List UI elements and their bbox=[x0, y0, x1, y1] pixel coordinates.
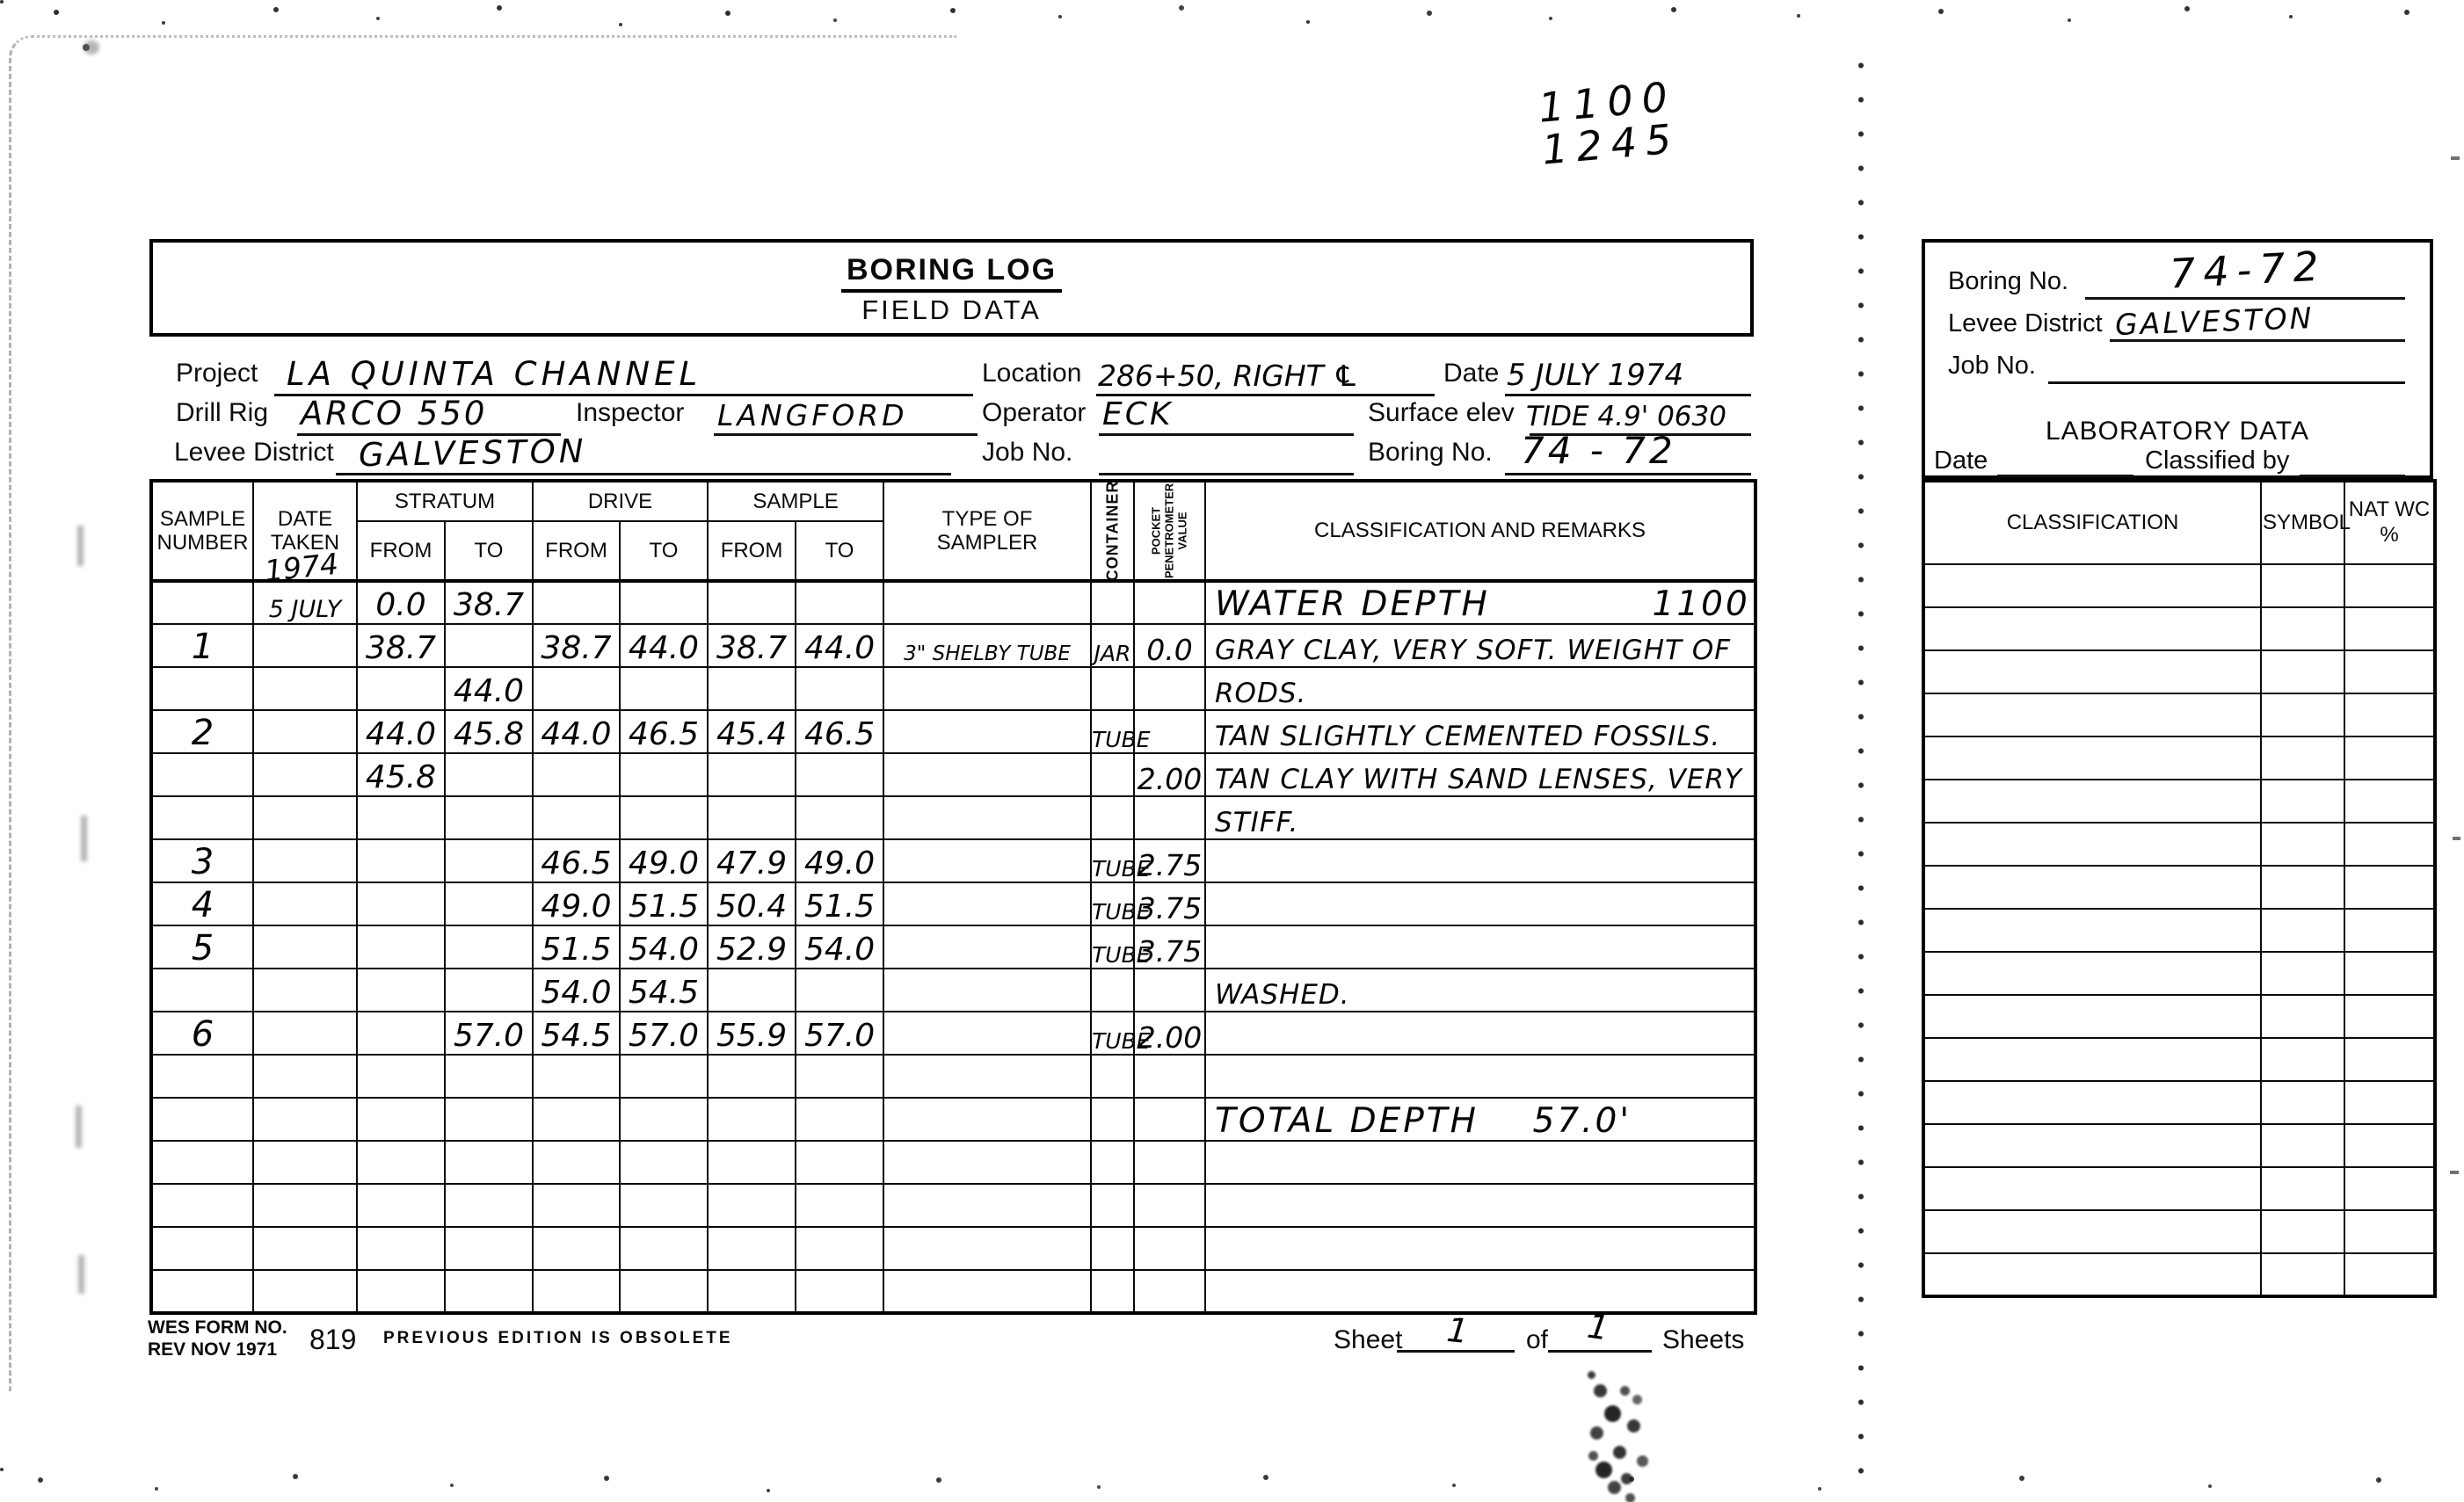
log-table-row bbox=[151, 1184, 1755, 1227]
log-cell-cls bbox=[1205, 1184, 1755, 1227]
handwritten-entry: 5 JULY bbox=[269, 598, 341, 623]
lab-header-symbol: SYMBOL bbox=[2261, 481, 2344, 564]
log-cell-sm-to bbox=[796, 1098, 883, 1141]
log-cell-pocket bbox=[1134, 1098, 1205, 1141]
log-cell-s-from bbox=[357, 1098, 445, 1141]
log-cell-cls bbox=[1205, 839, 1755, 882]
location-value: 286+50, RIGHT ℄ bbox=[1098, 359, 1359, 393]
project-field: LA QUINTA CHANNEL bbox=[274, 353, 973, 396]
log-cell-container bbox=[1091, 753, 1134, 796]
header-classification-remarks: CLASSIFICATION AND REMARKS bbox=[1205, 481, 1755, 581]
scan-noise-top bbox=[0, 0, 4, 4]
log-cell-container bbox=[1091, 581, 1134, 624]
log-cell-pocket: 2.00 bbox=[1134, 753, 1205, 796]
log-cell-sampler bbox=[883, 1055, 1091, 1098]
levee-district-field: GALVESTON bbox=[336, 432, 951, 475]
log-cell-sm-from: 52.9 bbox=[708, 925, 796, 969]
drill-rig-value: ARCO 550 bbox=[301, 395, 487, 432]
log-cell-s-from bbox=[357, 882, 445, 925]
lab-boring-no-label: Boring No. bbox=[1948, 267, 2068, 296]
lab-empty-cell bbox=[1923, 1167, 2261, 1210]
log-cell-cls: STIFF. bbox=[1205, 796, 1755, 839]
log-cell-sample bbox=[151, 1098, 253, 1141]
handwritten-entry: 0.0 bbox=[1146, 635, 1192, 666]
lab-empty-cell bbox=[2344, 1038, 2435, 1081]
log-cell-d-from bbox=[533, 796, 620, 839]
of-label: of bbox=[1526, 1325, 1548, 1355]
log-cell-s-to bbox=[445, 925, 533, 969]
lab-empty-cell bbox=[2261, 607, 2344, 650]
lab-empty-cell bbox=[2344, 952, 2435, 995]
log-cell-sm-from bbox=[708, 1270, 796, 1313]
drill-rig-field: ARCO 550 bbox=[297, 393, 561, 436]
log-cell-d-to bbox=[620, 1227, 708, 1270]
log-table-row: 551.554.052.954.0TUBE3.75 bbox=[151, 925, 1755, 969]
corner-number-2: 1245 bbox=[1540, 117, 1682, 171]
handwritten-entry: WATER DEPTH 1100 bbox=[1206, 587, 1750, 623]
handwritten-entry: TUBE bbox=[1092, 729, 1151, 752]
log-cell-sm-to bbox=[796, 1184, 883, 1227]
lab-empty-cell bbox=[2344, 607, 2435, 650]
log-cell-sm-from bbox=[708, 667, 796, 710]
log-cell-sm-to bbox=[796, 581, 883, 624]
log-cell-sm-to: 44.0 bbox=[796, 624, 883, 667]
handwritten-entry: 55.9 bbox=[716, 1020, 787, 1054]
header-sample-number: SAMPLE NUMBER bbox=[151, 481, 253, 581]
log-cell-pocket bbox=[1134, 1184, 1205, 1227]
log-cell-sm-to bbox=[796, 1270, 883, 1313]
handwritten-entry: 3 bbox=[192, 845, 214, 882]
project-label: Project bbox=[176, 359, 258, 388]
header-container: CONTAINER bbox=[1091, 481, 1134, 581]
lab-empty-cell bbox=[2261, 866, 2344, 909]
lab-empty-cell bbox=[1923, 736, 2261, 780]
log-cell-d-to bbox=[620, 753, 708, 796]
header-type-of-sampler: TYPE OF SAMPLER bbox=[883, 481, 1091, 581]
log-cell-date bbox=[253, 1227, 357, 1270]
location-field: 286+50, RIGHT ℄ bbox=[1096, 353, 1435, 396]
log-cell-d-from: 46.5 bbox=[533, 839, 620, 882]
log-table-row: 346.549.047.949.0TUBE2.75 bbox=[151, 839, 1755, 882]
lab-job-no-label: Job No. bbox=[1948, 352, 2036, 381]
log-cell-cls bbox=[1205, 1141, 1755, 1184]
lab-empty-cell bbox=[2261, 995, 2344, 1038]
log-cell-sampler bbox=[883, 581, 1091, 624]
log-cell-s-to bbox=[445, 796, 533, 839]
boring-no-label: Boring No. bbox=[1368, 438, 1493, 468]
log-cell-sm-to: 46.5 bbox=[796, 710, 883, 753]
log-table-row: 54.054.5WASHED. bbox=[151, 969, 1755, 1012]
log-cell-container bbox=[1091, 1141, 1134, 1184]
lab-boring-no-field: 74-72 bbox=[2085, 257, 2405, 300]
lab-header-classification: CLASSIFICATION bbox=[1923, 481, 2261, 564]
handwritten-entry: TAN SLIGHTLY CEMENTED FOSSILS. bbox=[1206, 723, 1720, 752]
log-cell-s-to: 45.8 bbox=[445, 710, 533, 753]
scan-noise-bottom bbox=[0, 1468, 4, 1471]
lab-empty-cell bbox=[2344, 1167, 2435, 1210]
log-cell-sm-from bbox=[708, 581, 796, 624]
log-cell-sample bbox=[151, 581, 253, 624]
log-cell-sampler bbox=[883, 925, 1091, 969]
lab-empty-cell bbox=[1923, 909, 2261, 952]
header-sample-from: FROM bbox=[708, 521, 796, 582]
log-cell-d-from: 49.0 bbox=[533, 882, 620, 925]
lab-empty-cell bbox=[2261, 1038, 2344, 1081]
log-cell-s-to bbox=[445, 1227, 533, 1270]
lab-empty-cell bbox=[2344, 995, 2435, 1038]
log-cell-cls bbox=[1205, 1012, 1755, 1055]
handwritten-entry: 2.00 bbox=[1138, 1023, 1202, 1054]
log-cell-date bbox=[253, 882, 357, 925]
handwritten-entry: 51.5 bbox=[804, 891, 875, 925]
lab-data-table: CLASSIFICATION SYMBOL NAT WC % bbox=[1922, 479, 2437, 1298]
log-cell-sm-to: 54.0 bbox=[796, 925, 883, 969]
title-box: BORING LOG FIELD DATA bbox=[149, 239, 1754, 337]
log-cell-sampler bbox=[883, 796, 1091, 839]
log-cell-s-to bbox=[445, 1055, 533, 1098]
sheets-number-value: 1 bbox=[1585, 1307, 1611, 1348]
log-table-row: TOTAL DEPTH 57.0' bbox=[151, 1098, 1755, 1141]
log-cell-d-to: 49.0 bbox=[620, 839, 708, 882]
handwritten-entry: 44.0 bbox=[804, 633, 875, 666]
log-cell-d-from: 51.5 bbox=[533, 925, 620, 969]
handwritten-entry: 47.9 bbox=[716, 848, 787, 882]
handwritten-entry: 51.5 bbox=[541, 934, 611, 968]
log-cell-sm-to bbox=[796, 667, 883, 710]
handwritten-entry: 44.0 bbox=[366, 719, 436, 752]
lab-empty-cell bbox=[2344, 780, 2435, 823]
header-stratum: STRATUM bbox=[357, 481, 533, 521]
lab-table-row bbox=[1923, 1038, 2435, 1081]
lab-levee-district-field: GALVESTON bbox=[2110, 299, 2405, 342]
log-cell-d-to: 57.0 bbox=[620, 1012, 708, 1055]
log-cell-cls: WASHED. bbox=[1205, 969, 1755, 1012]
log-cell-sampler bbox=[883, 1012, 1091, 1055]
handwritten-entry: 45.4 bbox=[716, 719, 787, 752]
log-cell-s-to: 38.7 bbox=[445, 581, 533, 624]
levee-district-label: Levee District bbox=[174, 438, 334, 468]
log-cell-s-to: 44.0 bbox=[445, 667, 533, 710]
lab-empty-cell bbox=[2344, 823, 2435, 866]
lab-empty-cell bbox=[2261, 1081, 2344, 1124]
log-cell-d-from: 54.5 bbox=[533, 1012, 620, 1055]
handwritten-entry: 3.75 bbox=[1138, 894, 1202, 925]
lab-empty-cell bbox=[2261, 780, 2344, 823]
lab-table-row bbox=[1923, 1253, 2435, 1296]
log-cell-sampler bbox=[883, 1270, 1091, 1313]
log-table-row: 44.0RODS. bbox=[151, 667, 1755, 710]
log-cell-sample bbox=[151, 1270, 253, 1313]
margin-smudge bbox=[78, 1255, 84, 1294]
log-cell-d-to bbox=[620, 581, 708, 624]
log-cell-s-from bbox=[357, 1184, 445, 1227]
lab-empty-cell bbox=[2261, 650, 2344, 693]
lab-empty-cell bbox=[2344, 736, 2435, 780]
log-cell-cls: RODS. bbox=[1205, 667, 1755, 710]
log-cell-s-from bbox=[357, 1141, 445, 1184]
log-cell-d-from: 54.0 bbox=[533, 969, 620, 1012]
boring-no-value: 74 - 72 bbox=[1521, 429, 1676, 472]
wes-form-no: WES FORM NO. bbox=[148, 1317, 287, 1339]
log-cell-sampler bbox=[883, 1227, 1091, 1270]
log-cell-sm-to: 51.5 bbox=[796, 882, 883, 925]
log-cell-d-to: 54.0 bbox=[620, 925, 708, 969]
log-cell-d-to bbox=[620, 667, 708, 710]
handwritten-entry: 46.5 bbox=[541, 848, 611, 882]
surface-elev-value: TIDE 4.9' 0630 bbox=[1526, 401, 1726, 432]
header-pocket-text: POCKET PENETROMETER VALUE bbox=[1150, 483, 1189, 578]
lab-table-row bbox=[1923, 1167, 2435, 1210]
lab-empty-cell bbox=[2261, 823, 2344, 866]
lab-empty-cell bbox=[1923, 650, 2261, 693]
log-cell-sm-from bbox=[708, 1227, 796, 1270]
lab-empty-cell bbox=[2344, 564, 2435, 607]
log-cell-pocket: 2.00 bbox=[1134, 1012, 1205, 1055]
log-cell-sm-to bbox=[796, 753, 883, 796]
handwritten-entry: 49.0 bbox=[541, 891, 611, 925]
log-table-row: 45.82.00TAN CLAY WITH SAND LENSES, VERY bbox=[151, 753, 1755, 796]
log-cell-s-to: 57.0 bbox=[445, 1012, 533, 1055]
handwritten-entry: WASHED. bbox=[1206, 982, 1350, 1011]
log-cell-sampler bbox=[883, 969, 1091, 1012]
lab-table-row bbox=[1923, 736, 2435, 780]
log-cell-sample: 1 bbox=[151, 624, 253, 667]
lab-empty-cell bbox=[2344, 909, 2435, 952]
log-cell-s-to bbox=[445, 969, 533, 1012]
log-cell-container bbox=[1091, 1184, 1134, 1227]
log-cell-d-to bbox=[620, 1270, 708, 1313]
log-table-row: 657.054.557.055.957.0TUBE2.00 bbox=[151, 1012, 1755, 1055]
lab-date-field bbox=[1997, 436, 2133, 477]
log-cell-pocket bbox=[1134, 1270, 1205, 1313]
log-cell-sampler bbox=[883, 839, 1091, 882]
log-cell-container: TUBE bbox=[1091, 1012, 1134, 1055]
lab-empty-cell bbox=[2344, 1253, 2435, 1296]
log-cell-d-from bbox=[533, 1184, 620, 1227]
margin-smudge bbox=[81, 816, 87, 861]
log-cell-s-to bbox=[445, 1141, 533, 1184]
log-cell-s-to bbox=[445, 1270, 533, 1313]
lab-empty-cell bbox=[1923, 1081, 2261, 1124]
handwritten-entry: 46.5 bbox=[804, 719, 875, 752]
log-cell-d-to bbox=[620, 1055, 708, 1098]
log-cell-sample: 4 bbox=[151, 882, 253, 925]
header-sample-to: TO bbox=[796, 521, 883, 582]
log-cell-s-to bbox=[445, 753, 533, 796]
handwritten-entry: 54.5 bbox=[541, 1020, 611, 1054]
lab-empty-cell bbox=[2344, 1210, 2435, 1253]
handwritten-entry: 49.0 bbox=[629, 848, 699, 882]
log-cell-sm-to bbox=[796, 1055, 883, 1098]
log-cell-pocket bbox=[1134, 1141, 1205, 1184]
lab-empty-cell bbox=[2261, 736, 2344, 780]
log-cell-sample: 2 bbox=[151, 710, 253, 753]
handwritten-entry: TAN CLAY WITH SAND LENSES, VERY bbox=[1206, 766, 1742, 795]
handwritten-entry: 3.75 bbox=[1138, 937, 1202, 968]
sheets-number-line bbox=[1548, 1350, 1652, 1353]
log-cell-sample bbox=[151, 1184, 253, 1227]
log-cell-container bbox=[1091, 1227, 1134, 1270]
handwritten-entry: 57.0 bbox=[804, 1020, 875, 1054]
ink-stain bbox=[1588, 1371, 1595, 1379]
header-stratum-from: FROM bbox=[357, 521, 445, 582]
handwritten-entry: 45.8 bbox=[366, 762, 436, 795]
log-table-row: 5 JULY0.038.7WATER DEPTH 1100 bbox=[151, 581, 1755, 624]
lab-table-row bbox=[1923, 780, 2435, 823]
log-cell-sm-from bbox=[708, 1055, 796, 1098]
log-cell-sample bbox=[151, 1227, 253, 1270]
log-cell-s-from: 0.0 bbox=[357, 581, 445, 624]
log-cell-date bbox=[253, 969, 357, 1012]
log-cell-sample bbox=[151, 796, 253, 839]
location-label: Location bbox=[982, 359, 1081, 388]
log-cell-cls: WATER DEPTH 1100 bbox=[1205, 581, 1755, 624]
header-drive: DRIVE bbox=[533, 481, 708, 521]
log-cell-sample: 6 bbox=[151, 1012, 253, 1055]
lab-empty-cell bbox=[2261, 1210, 2344, 1253]
sheet-label: Sheet bbox=[1334, 1325, 1402, 1355]
date-value: 5 JULY 1974 bbox=[1507, 358, 1683, 393]
job-no-label: Job No. bbox=[982, 438, 1072, 468]
lab-table-row bbox=[1923, 866, 2435, 909]
log-cell-date bbox=[253, 710, 357, 753]
handwritten-entry: 4 bbox=[192, 888, 214, 925]
header-date-taken: DATE TAKEN 1974 bbox=[253, 481, 357, 581]
lab-table-row bbox=[1923, 1081, 2435, 1124]
handwritten-entry: 54.0 bbox=[804, 934, 875, 968]
log-cell-s-from bbox=[357, 1055, 445, 1098]
log-cell-s-from bbox=[357, 839, 445, 882]
drill-rig-label: Drill Rig bbox=[176, 398, 268, 428]
lab-empty-cell bbox=[1923, 1253, 2261, 1296]
log-cell-sample bbox=[151, 753, 253, 796]
handwritten-entry: 51.5 bbox=[629, 891, 699, 925]
log-cell-date bbox=[253, 839, 357, 882]
log-cell-cls bbox=[1205, 1055, 1755, 1098]
log-cell-s-from bbox=[357, 969, 445, 1012]
lab-empty-cell bbox=[1923, 1210, 2261, 1253]
boring-no-field: 74 - 72 bbox=[1505, 432, 1751, 475]
handwritten-entry: 49.0 bbox=[804, 848, 875, 882]
log-table-row bbox=[151, 1270, 1755, 1313]
lab-empty-cell bbox=[1923, 564, 2261, 607]
log-cell-date bbox=[253, 1270, 357, 1313]
handwritten-entry: 45.8 bbox=[454, 719, 524, 752]
log-cell-container bbox=[1091, 667, 1134, 710]
lab-header-nat-wc: NAT WC % bbox=[2344, 481, 2435, 564]
header-container-text: CONTAINER bbox=[1103, 481, 1122, 582]
log-cell-d-to bbox=[620, 1098, 708, 1141]
lab-date-label: Date bbox=[1934, 446, 1988, 475]
lab-empty-cell bbox=[2344, 650, 2435, 693]
log-cell-sample bbox=[151, 667, 253, 710]
log-cell-pocket bbox=[1134, 969, 1205, 1012]
lab-empty-cell bbox=[1923, 607, 2261, 650]
log-cell-cls: TAN CLAY WITH SAND LENSES, VERY bbox=[1205, 753, 1755, 796]
log-cell-cls bbox=[1205, 1227, 1755, 1270]
log-cell-s-from bbox=[357, 1270, 445, 1313]
lab-boring-no-value: 74-72 bbox=[2169, 242, 2328, 297]
handwritten-entry: 38.7 bbox=[541, 633, 611, 666]
boring-log-table: SAMPLE NUMBER DATE TAKEN 1974 STRATUM DR… bbox=[149, 479, 1757, 1315]
form-number: 819 bbox=[309, 1324, 356, 1356]
log-cell-sm-from: 50.4 bbox=[708, 882, 796, 925]
handwritten-entry: 2.75 bbox=[1138, 851, 1202, 882]
lab-empty-cell bbox=[2344, 1081, 2435, 1124]
log-cell-sampler: 3" SHELBY TUBE bbox=[883, 624, 1091, 667]
log-cell-pocket: 0.0 bbox=[1134, 624, 1205, 667]
lab-empty-cell bbox=[2344, 693, 2435, 736]
lab-empty-cell bbox=[2261, 909, 2344, 952]
log-cell-pocket: 3.75 bbox=[1134, 925, 1205, 969]
lab-job-no-field bbox=[2048, 341, 2405, 384]
log-cell-sampler bbox=[883, 882, 1091, 925]
log-cell-d-from bbox=[533, 1270, 620, 1313]
edge-dash bbox=[2453, 837, 2460, 840]
log-cell-sample bbox=[151, 1141, 253, 1184]
lab-empty-cell bbox=[1923, 995, 2261, 1038]
lab-classified-by-field bbox=[2300, 436, 2405, 477]
handwritten-entry: 2.00 bbox=[1138, 765, 1202, 795]
log-cell-s-from bbox=[357, 1012, 445, 1055]
date-label: Date bbox=[1443, 359, 1499, 388]
log-cell-d-from: 38.7 bbox=[533, 624, 620, 667]
log-cell-date bbox=[253, 1055, 357, 1098]
log-cell-d-from bbox=[533, 1227, 620, 1270]
log-cell-sampler bbox=[883, 710, 1091, 753]
lab-empty-cell bbox=[1923, 823, 2261, 866]
handwritten-entry: 2 bbox=[192, 715, 214, 752]
log-cell-sm-from bbox=[708, 969, 796, 1012]
handwritten-entry: STIFF. bbox=[1206, 809, 1298, 838]
log-cell-container bbox=[1091, 1270, 1134, 1313]
log-cell-date bbox=[253, 796, 357, 839]
scanned-boring-log-page: 1100 1245 BORING LOG FIELD DATA Project … bbox=[0, 0, 2464, 1502]
levee-district-value: GALVESTON bbox=[359, 432, 587, 475]
handwritten-entry: 54.0 bbox=[629, 934, 699, 968]
log-cell-sample bbox=[151, 969, 253, 1012]
log-cell-s-from bbox=[357, 796, 445, 839]
wes-form-block: WES FORM NO. REV NOV 1971 bbox=[148, 1317, 287, 1361]
log-table-row bbox=[151, 1055, 1755, 1098]
log-cell-sample bbox=[151, 1055, 253, 1098]
log-table-row bbox=[151, 1141, 1755, 1184]
handwritten-entry: 44.0 bbox=[629, 633, 699, 666]
log-cell-sm-from: 38.7 bbox=[708, 624, 796, 667]
lab-table-row bbox=[1923, 650, 2435, 693]
log-table-row: 449.051.550.451.5TUBE3.75 bbox=[151, 882, 1755, 925]
handwritten-entry: 3" SHELBY TUBE bbox=[904, 644, 1071, 666]
lab-empty-cell bbox=[2261, 564, 2344, 607]
lab-empty-cell bbox=[2344, 866, 2435, 909]
surface-elev-label: Surface elev bbox=[1368, 398, 1515, 428]
log-cell-sampler bbox=[883, 753, 1091, 796]
log-cell-pocket bbox=[1134, 667, 1205, 710]
log-cell-container: TUBE bbox=[1091, 839, 1134, 882]
log-cell-container: TUBE bbox=[1091, 710, 1134, 753]
lab-empty-cell bbox=[2261, 1124, 2344, 1167]
inspector-label: Inspector bbox=[576, 398, 684, 428]
log-cell-container: JAR bbox=[1091, 624, 1134, 667]
log-cell-s-from: 38.7 bbox=[357, 624, 445, 667]
header-stratum-to: TO bbox=[445, 521, 533, 582]
lab-levee-district-label: Levee District bbox=[1948, 309, 2103, 338]
log-cell-d-to bbox=[620, 1141, 708, 1184]
lab-table-row bbox=[1923, 995, 2435, 1038]
operator-label: Operator bbox=[982, 398, 1086, 428]
lab-table-row bbox=[1923, 823, 2435, 866]
log-cell-container bbox=[1091, 969, 1134, 1012]
